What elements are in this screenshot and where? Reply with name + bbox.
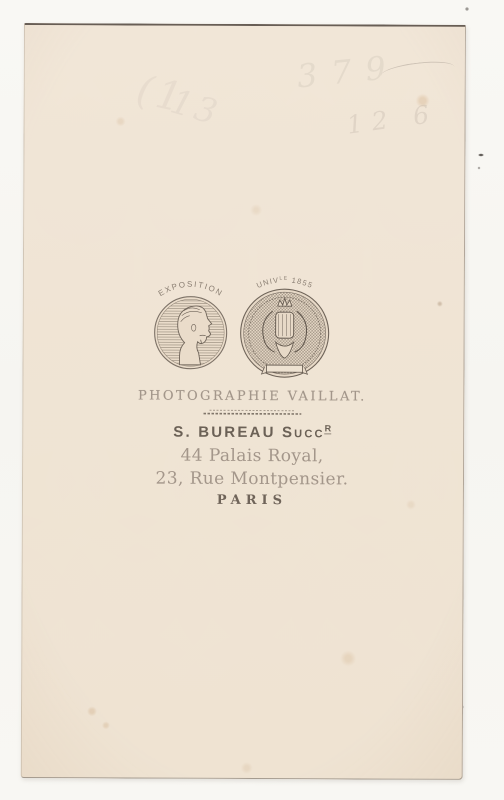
universelle-caption: UNIVLE 1855 — [255, 275, 315, 290]
universelle-medal — [240, 289, 328, 377]
pencil-mark-middle: 12 6 — [345, 99, 440, 140]
successor-superscript: R — [325, 423, 332, 434]
successor-name: S. BUREAU SuccR — [41, 422, 463, 442]
ornamental-divider — [203, 410, 301, 415]
medallions-engraving: EXPOSITION UNIVLE 1855 — [139, 266, 340, 389]
address-line-2: 23, Rue Montpensier. — [41, 467, 463, 491]
carte-de-visite-back: 379 12 6 (1 13 — [21, 23, 466, 780]
city-name: PARIS — [41, 492, 463, 509]
exposition-medal — [154, 297, 226, 369]
pencil-mark-left-1: (1 — [132, 67, 190, 122]
exposition-caption: EXPOSITION — [157, 280, 225, 299]
photographer-imprint: PHOTOGRAPHIE VAILLAT. S. BUREAU SuccR 44… — [23, 388, 464, 509]
address-line-1: 44 Palais Royal, — [41, 444, 463, 468]
pencil-stroke — [380, 58, 455, 84]
studio-name: PHOTOGRAPHIE VAILLAT. — [41, 388, 463, 405]
pencil-mark-left-2: 13 — [166, 82, 224, 134]
